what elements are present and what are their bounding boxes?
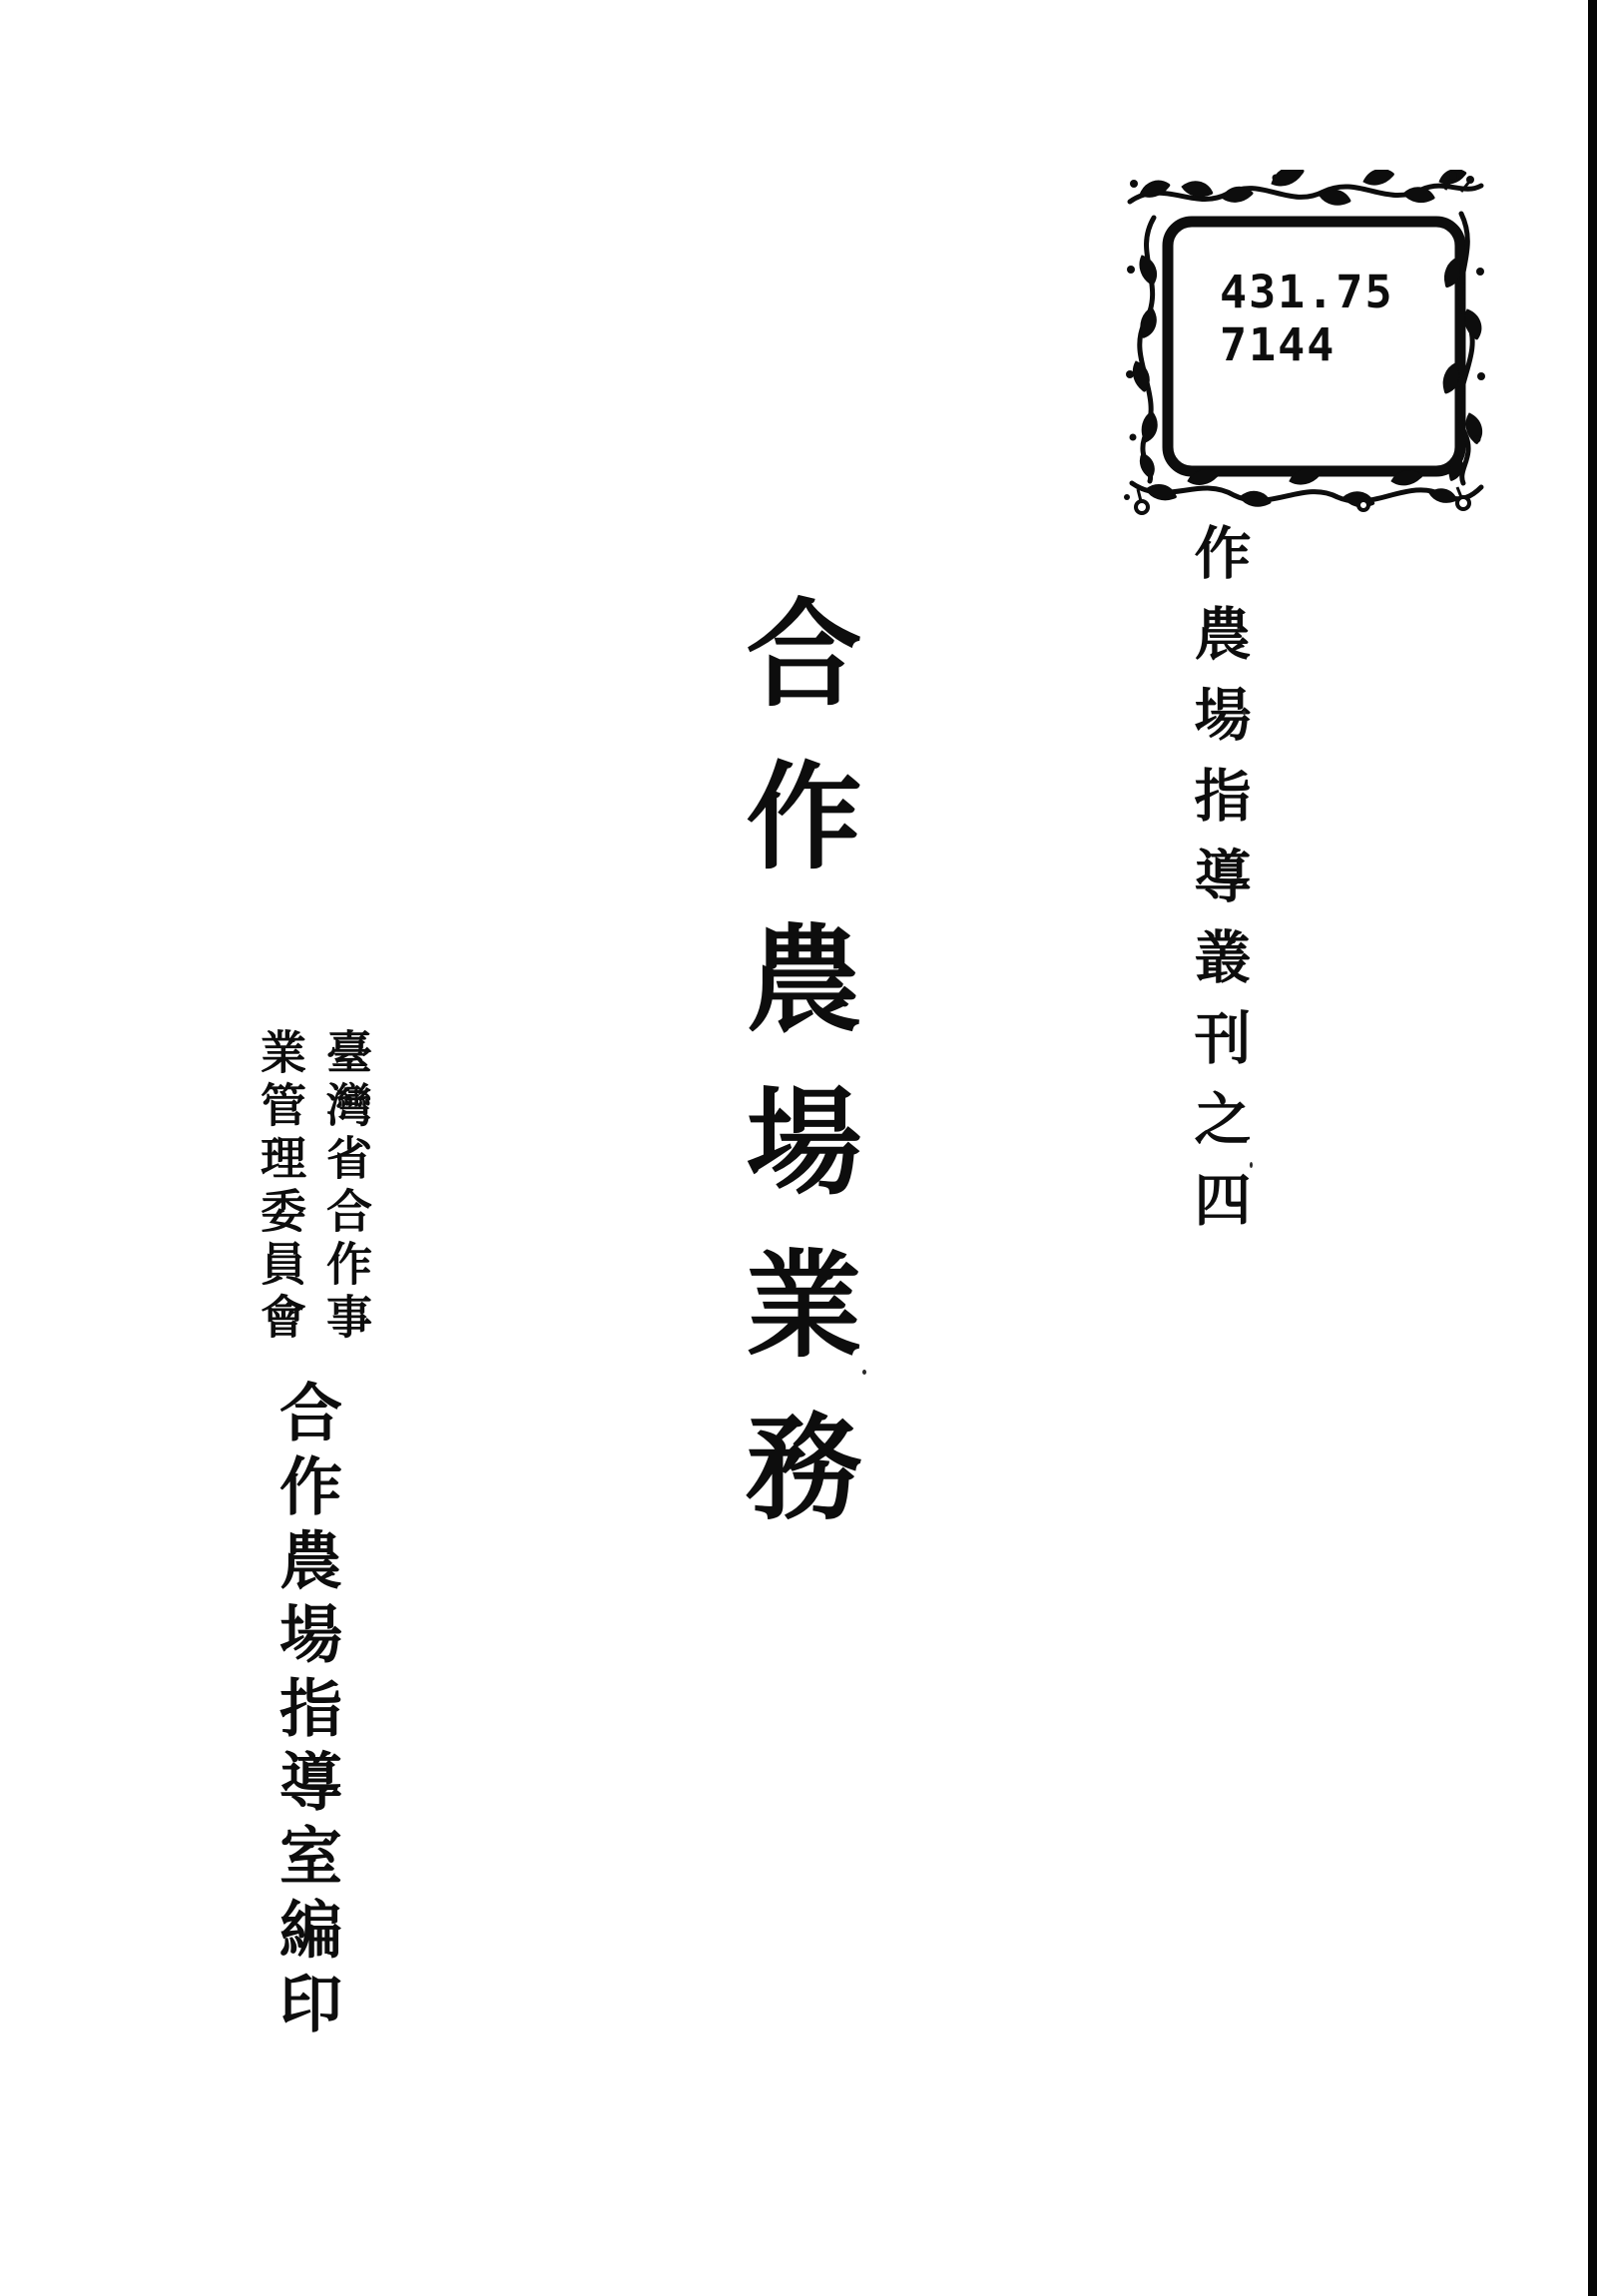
scan-speck <box>1250 1162 1253 1168</box>
publisher-imprint: 合作農場指導室編印 <box>274 1380 337 2044</box>
call-number-line2: 7144 <box>1220 318 1394 371</box>
scan-speck <box>1243 711 1246 715</box>
series-title: 作農場指導叢刊之四 <box>1190 523 1247 1251</box>
publisher-org-column-left: 業管理委員會 <box>258 1028 303 1346</box>
scan-edge-bar <box>1588 0 1597 2296</box>
call-number: 431.75 7144 <box>1220 266 1394 371</box>
scan-speck <box>862 1370 866 1375</box>
publisher-org-column-right: 臺灣省合作事 <box>323 1028 369 1346</box>
book-cover-page: 431.75 7144 作農場指導叢刊之四 合作農場業務 臺灣省合作事 業管理委… <box>0 0 1597 2296</box>
main-title: 合作農場業務 <box>737 593 852 1569</box>
call-number-line1: 431.75 <box>1220 266 1394 318</box>
